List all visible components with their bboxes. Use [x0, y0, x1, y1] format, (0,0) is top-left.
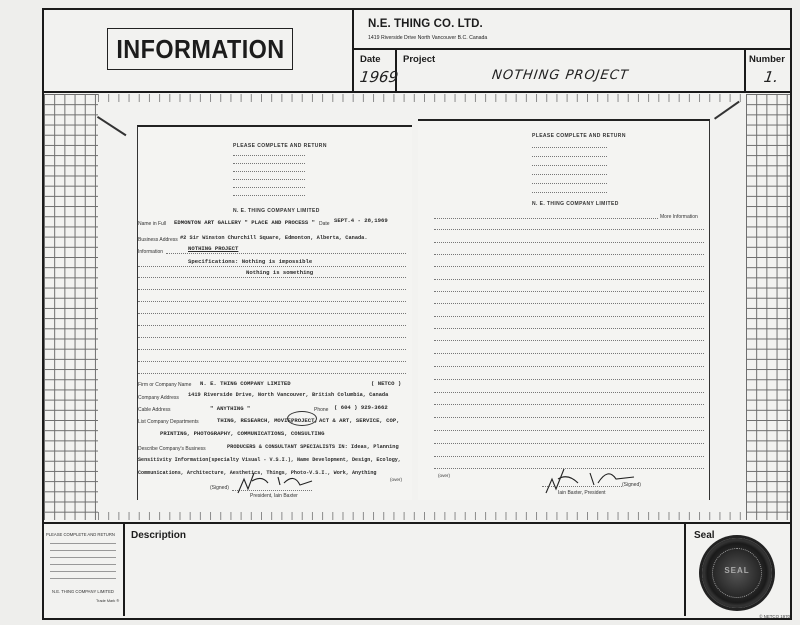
signature-line — [542, 486, 622, 487]
company-heading: N.E. THING COMPANY LIMITED — [52, 589, 114, 594]
info-line — [166, 253, 406, 254]
info-line[interactable] — [434, 229, 704, 230]
right-index-card: PLEASE COMPLETE AND RETURN N. E. THING C… — [418, 119, 710, 500]
please-complete-label: PLEASE COMPLETE AND RETURN — [532, 133, 626, 139]
return-line — [532, 147, 607, 148]
return-line — [50, 550, 116, 551]
project-label: Project — [403, 54, 435, 65]
information-label: Information — [138, 249, 163, 255]
information-line[interactable]: Nothing is something — [246, 269, 313, 276]
signer-name: Iain Baxter, President — [558, 490, 606, 496]
info-line[interactable] — [434, 379, 704, 380]
business-line[interactable]: PRODUCERS & CONSULTANT SPECIALISTS IN: I… — [227, 444, 399, 450]
info-line[interactable] — [434, 456, 704, 457]
description-box[interactable]: Description — [125, 522, 686, 616]
business-address-label: Business Address — [138, 237, 178, 243]
info-line[interactable] — [434, 392, 704, 393]
cable-value[interactable]: " ANYTHING " — [210, 405, 250, 412]
bottom-ticks — [98, 512, 746, 520]
return-line — [532, 165, 607, 166]
company-heading: N. E. THING COMPANY LIMITED — [233, 208, 320, 214]
project-value: NOTHING PROJECT — [491, 68, 630, 83]
info-line[interactable] — [434, 404, 704, 405]
signed-label: (Signed) — [622, 482, 641, 488]
please-complete-label: PLEASE COMPLETE AND RETURN — [233, 143, 327, 149]
return-line — [233, 171, 305, 172]
return-line — [50, 571, 116, 572]
date-cell[interactable]: Date 1969 — [354, 50, 397, 91]
return-line — [532, 156, 607, 157]
left-grid — [44, 94, 98, 520]
more-info-line — [434, 218, 658, 219]
return-line — [233, 187, 305, 188]
signed-label: (Signed) — [210, 485, 229, 491]
departments-line[interactable]: PRINTING, PHOTOGRAPHY, COMMUNICATIONS, C… — [160, 430, 324, 437]
phone-value[interactable]: ( 604 ) 929-3662 — [334, 404, 388, 411]
number-cell[interactable]: Number 1. — [746, 50, 792, 91]
trade-mark: Trade Mark ® — [96, 599, 119, 603]
project-cell[interactable]: Project NOTHING PROJECT — [397, 50, 746, 91]
info-line — [138, 349, 406, 350]
company-address-label: Company Address — [138, 395, 179, 401]
please-complete-label: PLEASE COMPLETE AND RETURN — [46, 532, 115, 537]
header-title-cell: INFORMATION — [42, 8, 354, 93]
info-line[interactable] — [434, 328, 704, 329]
date-label: Date — [360, 54, 381, 65]
business-line[interactable]: Sensitivity Information(specialty Visual… — [138, 457, 401, 463]
business-address-value[interactable]: #2 Sir Winston Churchill Square, Edmonto… — [180, 235, 368, 241]
name-value[interactable]: EDMONTON ART GALLERY " PLACE AND PROCESS… — [174, 219, 315, 226]
copyright: © NETCO 1970 — [759, 614, 790, 619]
seal-box: Seal SEAL — [686, 522, 792, 616]
over-label: (over) — [390, 477, 402, 482]
name-label: Name in Full — [138, 221, 166, 227]
firm-value[interactable]: N. E. THING COMPANY LIMITED — [200, 380, 291, 387]
return-line — [233, 195, 305, 196]
information-line[interactable]: NOTHING PROJECT — [188, 245, 238, 252]
info-line[interactable] — [434, 443, 704, 444]
company-heading: N. E. THING COMPANY LIMITED — [532, 201, 619, 207]
firm-abbrev[interactable]: ( NETCO ) — [371, 380, 401, 387]
information-title-box: INFORMATION — [107, 28, 293, 70]
info-line[interactable] — [434, 242, 704, 243]
info-line — [138, 337, 406, 338]
info-line[interactable] — [434, 417, 704, 418]
info-line[interactable] — [434, 366, 704, 367]
left-index-card: PLEASE COMPLETE AND RETURN N. E. THING C… — [137, 125, 412, 500]
seal-label: Seal — [694, 530, 715, 541]
seal-text: SEAL — [702, 566, 772, 575]
date-value: 1969 — [359, 68, 400, 86]
return-line — [532, 183, 607, 184]
info-line — [138, 289, 406, 290]
info-line[interactable] — [434, 266, 704, 267]
info-line — [138, 361, 406, 362]
info-line[interactable] — [434, 353, 704, 354]
company-header: N.E. THING CO. LTD. 1419 Riverside Drive… — [354, 8, 792, 50]
return-line — [233, 179, 305, 180]
company-address: 1419 Riverside Drive North Vancouver B.C… — [368, 35, 487, 41]
info-line[interactable] — [434, 279, 704, 280]
return-line — [233, 163, 305, 164]
return-line — [532, 192, 607, 193]
info-line — [138, 266, 406, 267]
top-ticks — [98, 94, 746, 102]
header-fields-row: Date 1969 Project NOTHING PROJECT Number… — [354, 50, 792, 93]
cable-label: Cable Address — [138, 407, 171, 413]
company-address-value[interactable]: 1419 Riverside Drive, North Vancouver, B… — [188, 392, 388, 398]
information-line[interactable]: Specifications: Nothing is impossible — [188, 258, 312, 265]
signer-name: President, Iain Baxter — [250, 493, 298, 499]
description-label: Description — [131, 530, 186, 541]
departments-line[interactable]: THING, RESEARCH, MOVIE, — [217, 417, 294, 424]
info-line[interactable] — [434, 430, 704, 431]
page-title: INFORMATION — [116, 34, 284, 65]
info-line[interactable] — [434, 303, 704, 304]
number-label: Number — [749, 54, 785, 65]
footer-return-box: PLEASE COMPLETE AND RETURN N.E. THING CO… — [42, 522, 125, 616]
date-label: Date — [319, 221, 330, 227]
departments-line[interactable]: ACT & ART, SERVICE, COP, — [319, 417, 400, 424]
return-line — [50, 564, 116, 565]
right-grid — [746, 94, 790, 520]
return-line — [50, 578, 116, 579]
return-line — [532, 174, 607, 175]
info-line — [138, 301, 406, 302]
info-line — [138, 373, 406, 374]
over-label: (over) — [438, 473, 450, 478]
firm-label: Firm or Company Name — [138, 382, 191, 388]
number-value: 1. — [763, 68, 780, 86]
return-line — [233, 155, 305, 156]
company-name: N.E. THING CO. LTD. — [368, 18, 483, 30]
business-label: Describe Company's Business — [138, 446, 206, 452]
company-seal-icon: SEAL — [702, 538, 772, 608]
departments-label: List Company Departments — [138, 419, 199, 425]
info-line[interactable] — [434, 340, 704, 341]
return-line — [50, 557, 116, 558]
date-value[interactable]: SEPT.4 - 28,1969 — [334, 217, 388, 224]
more-info-label: More Information — [660, 214, 698, 220]
info-line[interactable] — [434, 254, 704, 255]
phone-label: Phone — [314, 407, 328, 413]
circle-annotation — [287, 411, 317, 426]
info-line — [138, 277, 406, 278]
info-line — [138, 313, 406, 314]
return-line — [50, 543, 116, 544]
info-line — [138, 325, 406, 326]
info-line[interactable] — [434, 316, 704, 317]
info-line[interactable] — [434, 291, 704, 292]
